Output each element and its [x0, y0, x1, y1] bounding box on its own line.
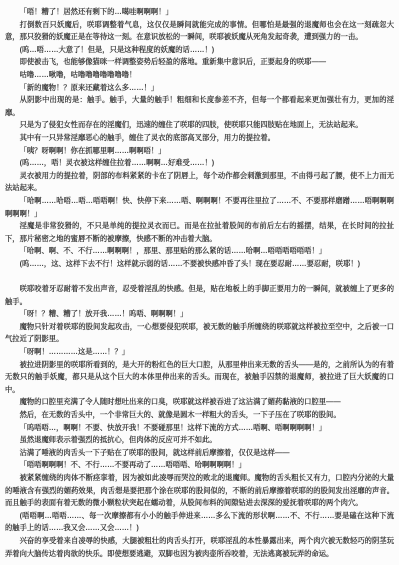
paragraph-dialogue: 「呀啊！…………这是……！？」: [5, 346, 394, 359]
novel-page: 「唔！糟了！居然还有剩下的…噶哇啊啊啊！」打倒数百只妖魔后，咲耶调整着气息，这仅…: [0, 0, 399, 565]
paragraph-narration: 淫魔是非常狡猾的，不只是单纯的提拉灵衣而已。而是在拉扯着股间的布前后左右的摇摆，…: [5, 220, 394, 245]
paragraph-thought: (呜……，唔！灵衣被这样缠住拉着……啊啊…好难受……！): [5, 157, 394, 170]
paragraph-narration: 只是为了侵犯女性而存在的淫魔们，迅速的缠住了咲耶的四肢，使咲耶只能四肢贴在地面上…: [5, 119, 394, 132]
page-text: 「唔！糟了！居然还有剩下的…噶哇啊啊啊！」打倒数百只妖魔后，咲耶调整着气息，这仅…: [5, 6, 394, 560]
paragraph-narration: 虽然退魔师表示着强烈的抵抗心，但肉体的反应可并不如此。: [5, 434, 394, 447]
paragraph-narration: 魔物只针对着咲耶的股间发起攻击，一心想要侵犯咲耶，被无数的触手所缠绕的咲耶就这样…: [5, 321, 394, 346]
paragraph-narration: 其中有一只异常淫靡恶心的触手，缠住了灵衣的底部高叉部分，用力的提拉着。: [5, 132, 394, 145]
paragraph-dialogue: 「咦？呀啊啊！你在抓哪里啊……啊啊唔！」: [5, 145, 394, 158]
paragraph-narration: 灵衣被用力的提拉着，阴部的布料紧紧的卡在了阴唇上，每个动作都会刺激到那里，不由得…: [5, 170, 394, 195]
paragraph-narration: 被紧紧缠绕的肉体不断痉挛着，因为被如此凌辱而哭泣的败北的退魔师。魔物的舌头粗长又…: [5, 472, 394, 510]
paragraph-narration: 沾满了唾液的肉舌头一下子贴在了咲耶的股间，就这样前后摩擦着，仅仅是这样——: [5, 447, 394, 460]
blank-line: [5, 270, 394, 283]
paragraph-narration: 被拉进阴影里的咲耶所看到的，是大开的粉红色的巨大口腔，从那里伸出来无数的舌头——…: [5, 359, 394, 397]
paragraph-dialogue: 「唔唔啊啊啊！不、不行……不要再动了……唔唔唔、哈啊啊啊啊！」: [5, 459, 394, 472]
paragraph-dialogue: 「哈啊……哈唔…唔…唔唔啊！快、快停下来……唔、啊啊啊！不要再往里拉了……不、不…: [5, 195, 394, 220]
paragraph-narration: 打倒数百只妖魔后，咲耶调整着气息，这仅仅是瞬间就能完成的事情。但哪怕是最强的退魔…: [5, 19, 394, 44]
paragraph-dialogue: 「唔！糟了！居然还有剩下的…噶哇啊啊啊！」: [5, 6, 394, 19]
paragraph-narration: 即使被击飞，也能够像猫咪一样调整姿势后轻盈的落地。重新集中意识后，正要起身的咲耶…: [5, 56, 394, 69]
paragraph-narration: 咲耶咬着牙忍耐着不发出声音，忍受着淫乱的快感。但是，贴在地板上的手脚正要用力的一…: [5, 283, 394, 308]
paragraph-sfx: 咕噜……啾噜，咕噜噜噜噜噜噜噜！: [5, 69, 394, 82]
paragraph-narration: 魔物的口腔里充满了令人随时想吐出来的口臭，咲耶就这样被吞进了这沾满了媚药黏液的口…: [5, 396, 394, 409]
paragraph-narration: 然后，在无数的舌头中，一个非常巨大的、就像是圆木一样粗大的舌头，一下子压在了咲耶…: [5, 409, 394, 422]
paragraph-narration: 兴奋的享受着来自凌辱的快感，大腿被粗壮的肉舌头打开，咲耶淫乱的本性暴露出来，两个…: [5, 535, 394, 560]
paragraph-thought: (呜…唔……大意了！但是，只是这种程度的妖魔的话……！): [5, 44, 394, 57]
paragraph-dialogue: 「新的魔物！？原来还藏着这么多……！」: [5, 82, 394, 95]
paragraph-thought: (呜……，这、这样下去不行！这样就示弱的话……不要被快感冲昏了头！现在要忍耐………: [5, 258, 394, 271]
paragraph-narration: 从阴影中出现的是：触手。触手，大量的触手！粗细和长度参差不齐，但每一个都看起来更…: [5, 94, 394, 119]
paragraph-dialogue: 「哈啊、啊、不、不行……啊啊啊！，那里、那里贴的那么紧的话……哈啊…唔唔唔唔唔唔…: [5, 245, 394, 258]
paragraph-dialogue: 「呜唔唔…，啊啊！不要、快放开我！不要碰那里！这样下流的方式……唔啊、唔啊啊啊啊…: [5, 422, 394, 435]
paragraph-thought: (唔唔啊…唔唔……、每一次摩擦都有小小的触手伸进来……多么下流的形状啊……不、不…: [5, 510, 394, 535]
paragraph-dialogue: 「呀！？糟、糟了！放开我……！呜唔、啊啊啊！」: [5, 308, 394, 321]
